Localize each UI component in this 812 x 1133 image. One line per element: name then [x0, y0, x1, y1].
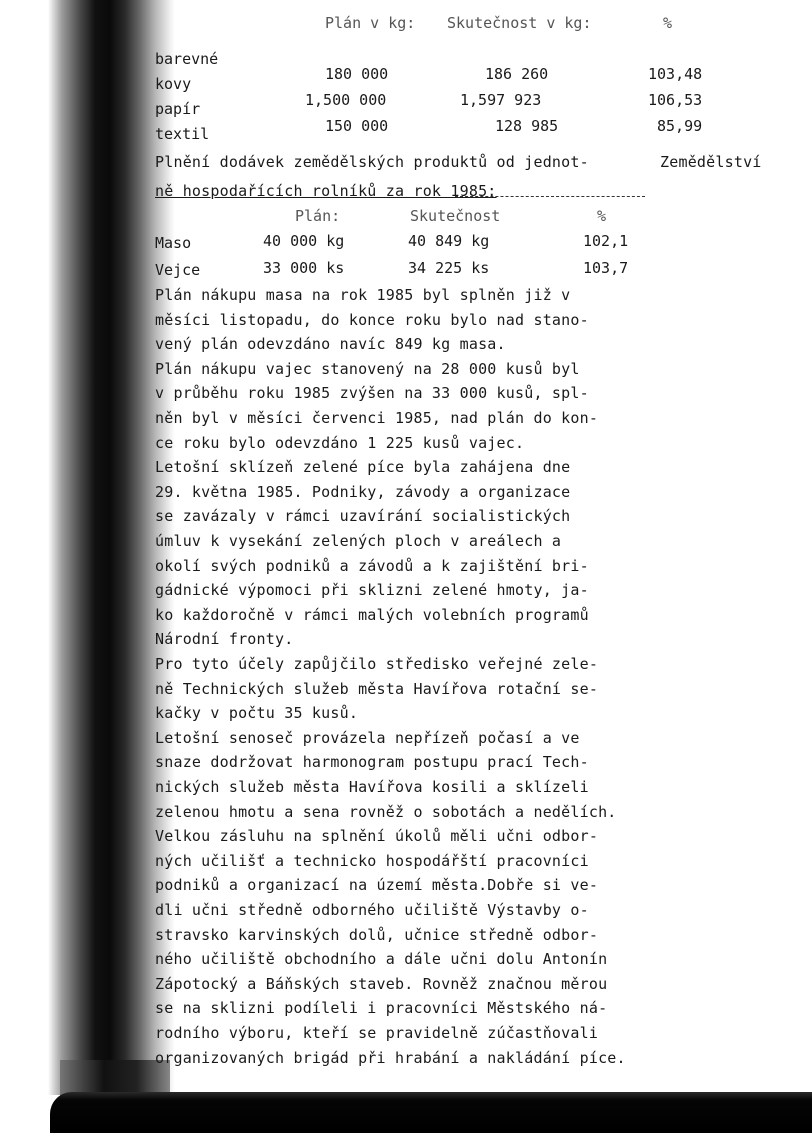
text-line: Letošní senoseč provázela nepřízeň počas…: [155, 729, 580, 747]
cell-percent: 103,7: [583, 259, 628, 277]
row-label: Maso: [155, 234, 191, 252]
text-line: stravsko karvinských dolů, učnice středn…: [155, 926, 598, 944]
row-label: kovy: [155, 75, 191, 93]
text-line: organizovaných brigád při hrabání a nakl…: [155, 1049, 626, 1067]
cell-plan: 150 000: [325, 117, 388, 135]
cell-percent: 85,99: [657, 117, 702, 135]
cell-percent: 106,53: [648, 91, 702, 109]
header-plan: Plán:: [295, 207, 340, 225]
section-heading-line-2: ně hospodařících rolníků za rok 1985:: [155, 182, 497, 200]
heading-underline: [455, 196, 645, 197]
row-label: barevné: [155, 50, 218, 68]
text-line: ných učilišť a technicko hospodářští pra…: [155, 852, 589, 870]
row-label: papír: [155, 100, 200, 118]
text-line: kačky v počtu 35 kusů.: [155, 704, 358, 722]
text-line: Plán nákupu vajec stanovený na 28 000 ku…: [155, 360, 580, 378]
margin-note: Zemědělství: [660, 153, 762, 171]
typewritten-page: Plán v kg: Skutečnost v kg: % barevné ko…: [155, 0, 812, 1092]
cell-plan: 40 000 kg: [263, 232, 344, 250]
text-line: nických služeb města Havířova kosili a s…: [155, 778, 589, 796]
text-line: se zavázaly v rámci uzavírání socialisti…: [155, 507, 570, 525]
text-line: zelenou hmotu a sena rovněž o sobotách a…: [155, 803, 617, 821]
cell-actual: 186 260: [485, 65, 548, 83]
header-plan: Plán v kg:: [325, 14, 415, 32]
text-line: úmluv k vysekání zelených ploch v areále…: [155, 532, 561, 550]
scan-bottom-edge: [50, 1092, 812, 1133]
text-line: se na sklizni podíleli i pracovníci Měst…: [155, 999, 607, 1017]
text-line: rodního výboru, kteří se pravidelně zúča…: [155, 1024, 598, 1042]
cell-plan: 1,500 000: [305, 91, 386, 109]
text-line: gádnické výpomoci při sklizni zelené hmo…: [155, 581, 589, 599]
text-line: vený plán odevzdáno navíc 849 kg masa.: [155, 335, 506, 353]
text-line: ně Technických služeb města Havířova rot…: [155, 680, 598, 698]
text-line: něn byl v měsíci červenci 1985, nad plán…: [155, 409, 598, 427]
text-line: Letošní sklízeň zelené píce byla zahájen…: [155, 458, 570, 476]
cell-actual: 40 849 kg: [408, 232, 489, 250]
text-line: podniků a organizací na území města.Dobř…: [155, 876, 598, 894]
text-line: v průběhu roku 1985 zvýšen na 33 000 kus…: [155, 384, 589, 402]
text-line: 29. května 1985. Podniky, závody a organ…: [155, 483, 570, 501]
cell-plan: 180 000: [325, 65, 388, 83]
cell-plan: 33 000 ks: [263, 259, 344, 277]
text-line: Plán nákupu masa na rok 1985 byl splněn …: [155, 286, 570, 304]
text-line: ného učiliště obchodního a dále učni dol…: [155, 950, 607, 968]
text-line: ce roku bylo odevzdáno 1 225 kusů vajec.: [155, 434, 524, 452]
text-line: Zápotocký a Báňských staveb. Rovněž znač…: [155, 975, 607, 993]
text-line: měsíci listopadu, do konce roku bylo nad…: [155, 311, 589, 329]
section-heading-line-1: Plnění dodávek zemědělských produktů od …: [155, 153, 589, 171]
cell-percent: 102,1: [583, 232, 628, 250]
cell-actual: 128 985: [495, 117, 558, 135]
header-actual: Skutečnost v kg:: [447, 14, 592, 32]
cell-actual: 1,597 923: [460, 91, 541, 109]
cell-actual: 34 225 ks: [408, 259, 489, 277]
text-line: Velkou zásluhu na splnění úkolů měli učn…: [155, 827, 598, 845]
text-line: ko každoročně v rámci malých volebních p…: [155, 606, 589, 624]
text-line: dli učni středně odborného učiliště Výst…: [155, 901, 589, 919]
text-line: Národní fronty.: [155, 630, 293, 648]
cell-percent: 103,48: [648, 65, 702, 83]
row-label: textil: [155, 125, 209, 143]
text-line: snaze dodržovat harmonogram postupu prac…: [155, 753, 589, 771]
header-percent: %: [663, 14, 672, 32]
text-line: okolí svých podniků a závodů a k zajiště…: [155, 557, 589, 575]
header-percent: %: [597, 207, 606, 225]
row-label: Vejce: [155, 261, 200, 279]
header-actual: Skutečnost: [410, 207, 500, 225]
text-line: Pro tyto účely zapůjčilo středisko veřej…: [155, 655, 598, 673]
book-binding-shadow: [0, 0, 175, 1095]
